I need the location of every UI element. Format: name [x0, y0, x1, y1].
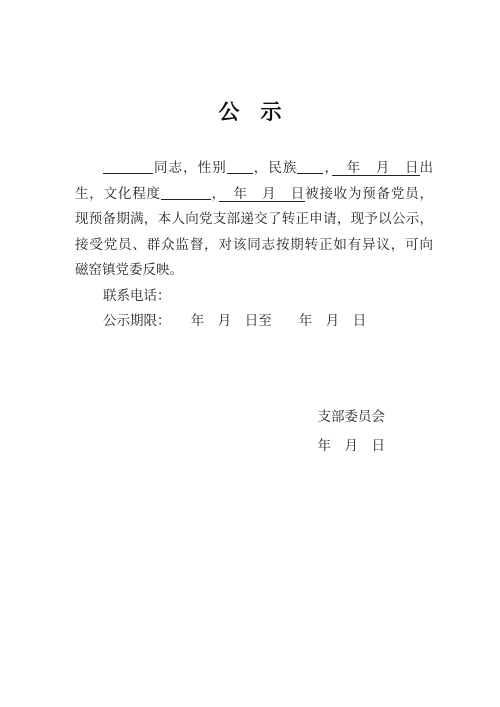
- birth-date-blank: 年 月 日: [332, 160, 419, 176]
- text-run: ，: [323, 160, 332, 175]
- text-run: ，民族: [253, 160, 298, 175]
- publicity-period-line: 公示期限： 年 月 日至 年 月 日: [75, 308, 433, 334]
- text-run: 同志，性别: [153, 160, 227, 175]
- contact-phone-label: 联系电话：: [103, 288, 171, 303]
- text-run: 出: [420, 160, 434, 175]
- admission-date-blank: 年 月 日: [219, 186, 305, 202]
- education-blank-field: [161, 185, 211, 200]
- gender-blank-field: [227, 159, 253, 174]
- signature-block: 支部委员会 年 月 日: [318, 402, 386, 460]
- paragraph-line-1: 同志，性别，民族， 年 月 日出: [75, 155, 433, 181]
- text-run: 生，文化程度: [75, 186, 161, 201]
- name-blank-field: [103, 159, 153, 174]
- paragraph-line-4: 接受党员、群众监督，对该同志按期转正如有异议，可向: [75, 232, 433, 258]
- text-run: 被接收为预备党员，: [305, 186, 433, 201]
- announcement-title: 公 示: [0, 97, 500, 127]
- document-content: 同志，性别，民族， 年 月 日出 生，文化程度， 年 月 日被接收为预备党员， …: [0, 155, 500, 460]
- paragraph-line-5: 磁窑镇党委反映。: [75, 257, 433, 283]
- ethnicity-blank-field: [297, 159, 323, 174]
- text-run: ，: [211, 186, 219, 201]
- paragraph-line-2: 生，文化程度， 年 月 日被接收为预备党员，: [75, 181, 433, 207]
- document-page: 公 示 同志，性别，民族， 年 月 日出 生，文化程度， 年 月 日被接收为预备…: [0, 0, 500, 707]
- committee-signature: 支部委员会: [318, 402, 386, 431]
- contact-phone-line: 联系电话：: [75, 283, 433, 309]
- paragraph-line-3: 现预备期满，本人向党支部递交了转正申请，现予以公示，: [75, 206, 433, 232]
- announcement-body: 同志，性别，民族， 年 月 日出 生，文化程度， 年 月 日被接收为预备党员， …: [75, 155, 433, 283]
- publicity-period-label: 公示期限：: [103, 313, 164, 328]
- signature-date: 年 月 日: [318, 431, 386, 460]
- publicity-period-value: 年 月 日至 年 月 日: [164, 313, 367, 328]
